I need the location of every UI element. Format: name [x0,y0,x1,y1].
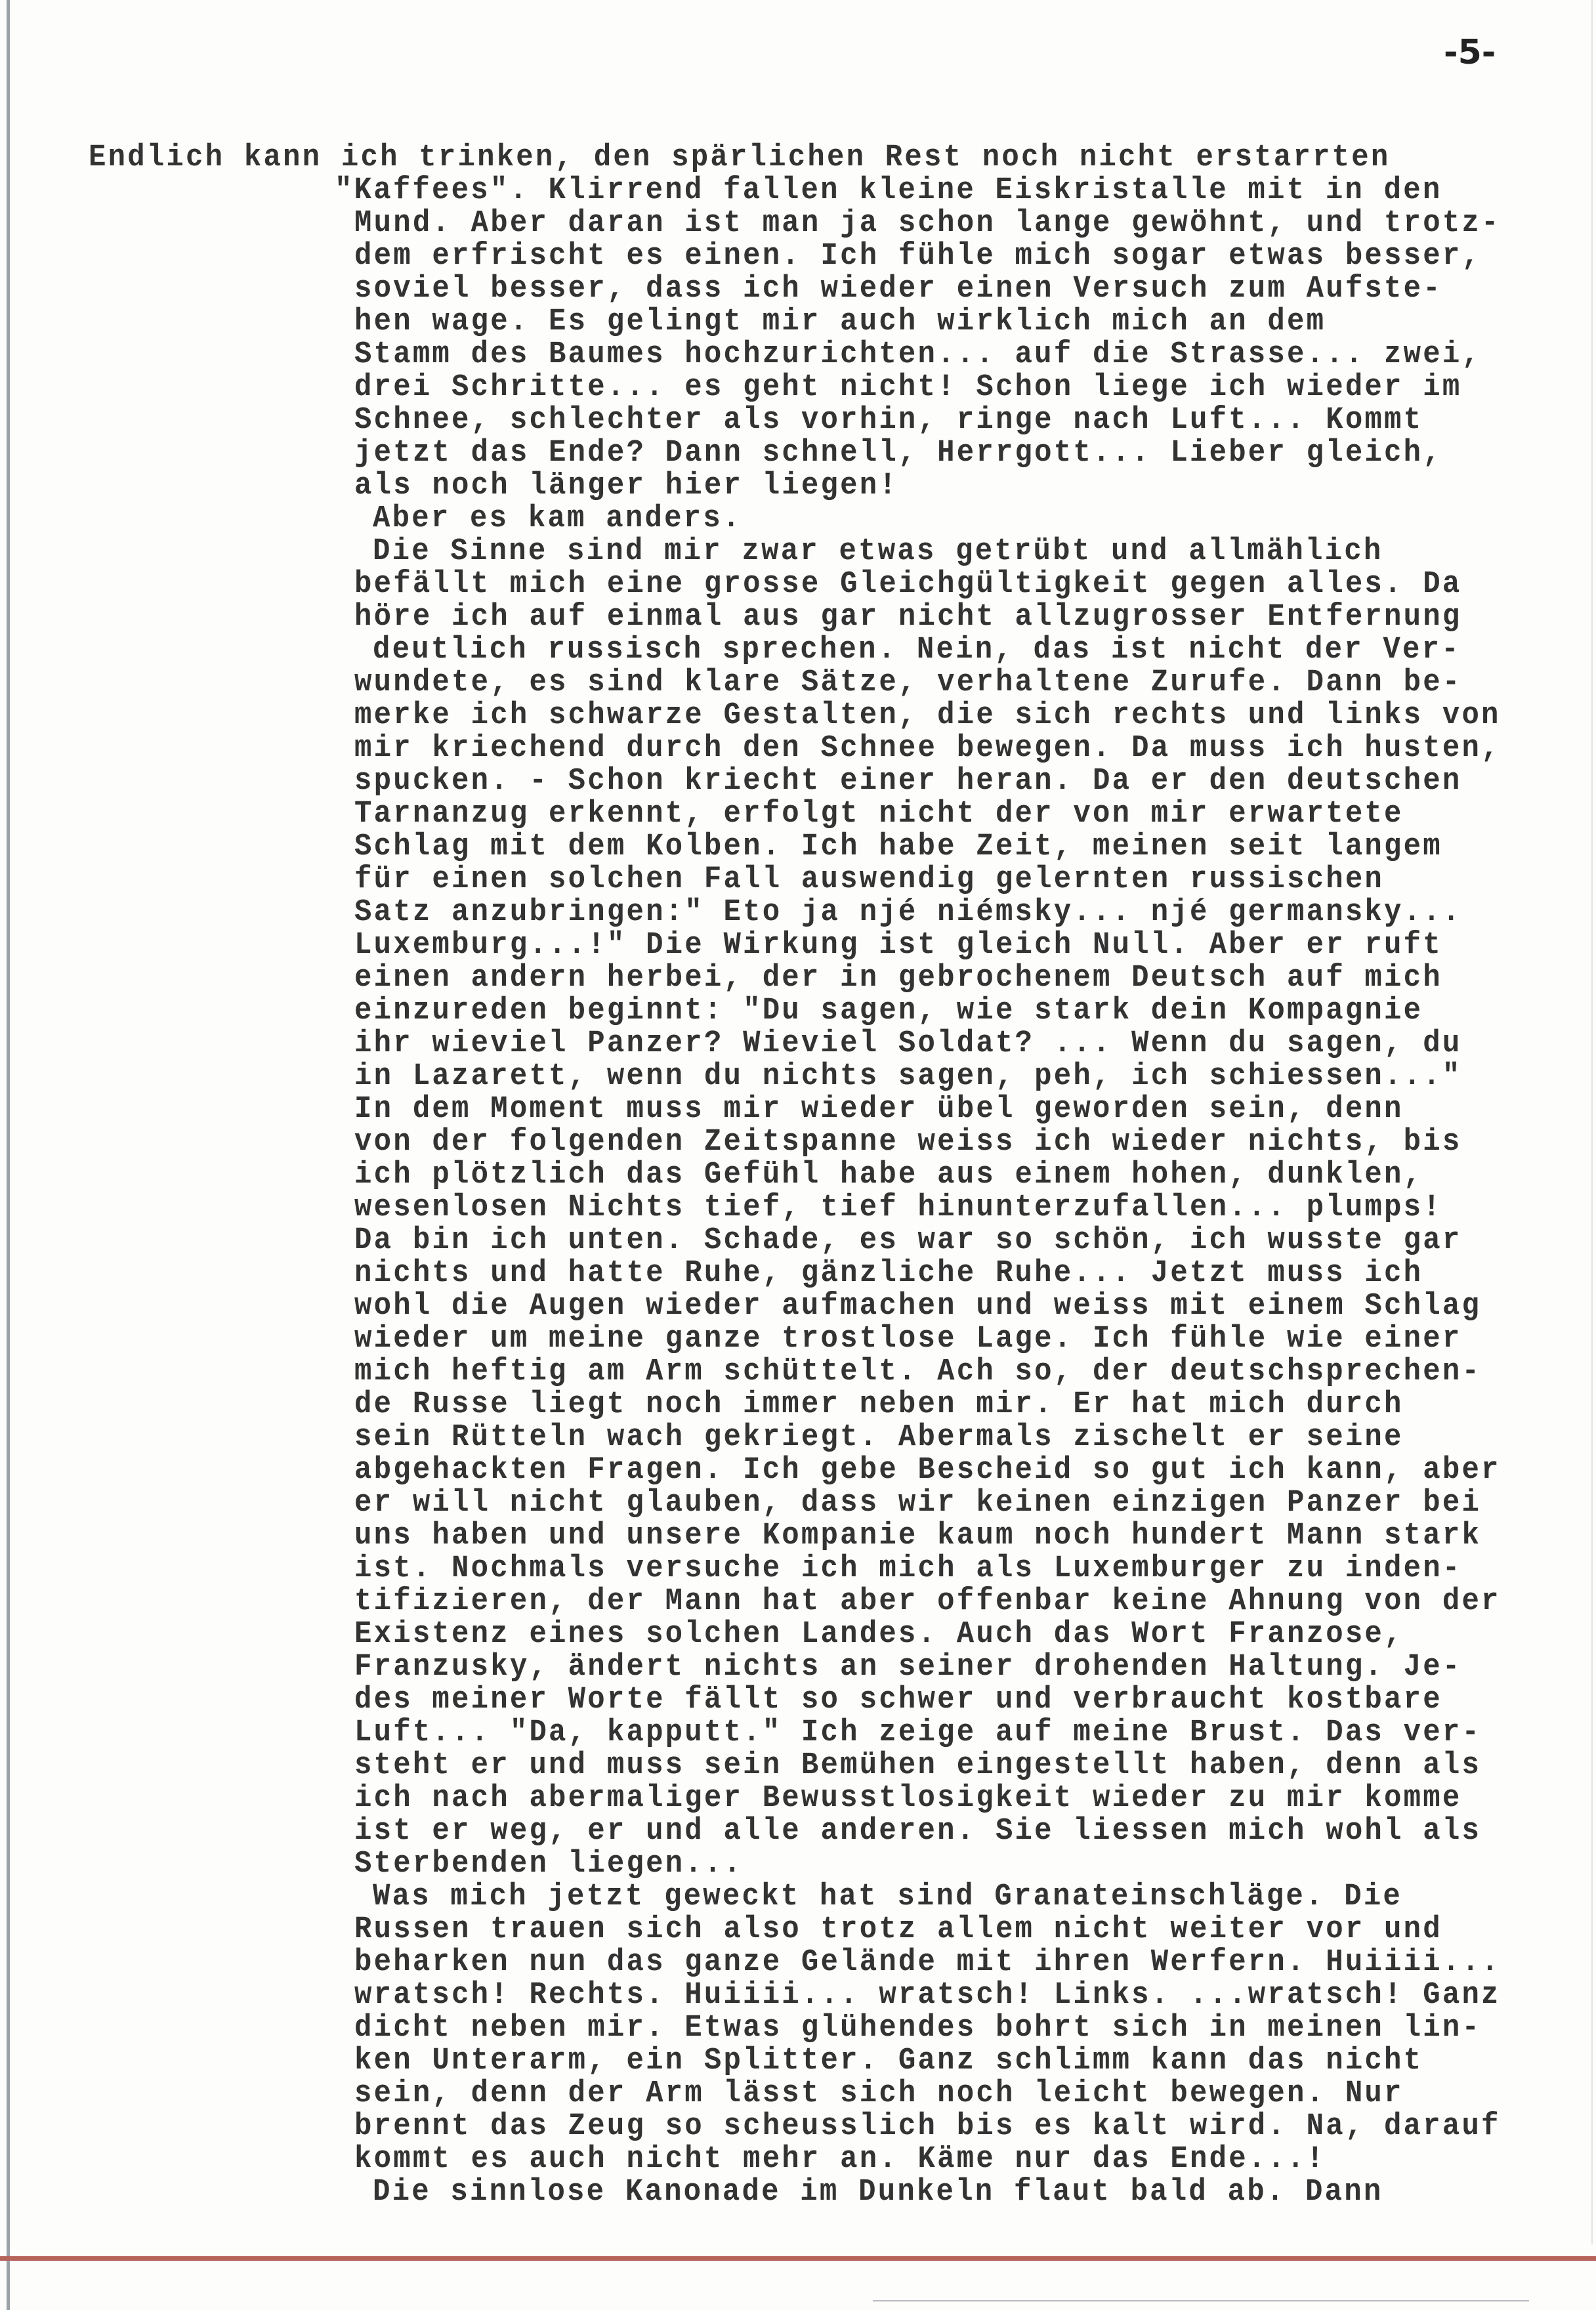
text-line: sein, denn der Arm lässt sich noch leich… [354,2076,1404,2111]
text-line: Sterbenden liegen... [354,1846,743,1881]
text-line: mir kriechend durch den Schnee bewegen. … [354,730,1501,766]
text-line: dem erfrischt es einen. Ich fühle mich s… [354,238,1481,274]
text-line: Luxemburg...!" Die Wirkung ist gleich Nu… [354,927,1442,963]
text-line: Russen trauen sich also trotz allem nich… [354,1912,1442,1947]
text-line: Tarnanzug erkennt, erfolgt nicht der von… [354,796,1404,831]
text-line: ist. Nochmals versuche ich mich als Luxe… [354,1551,1461,1586]
text-line: in Lazarett, wenn du nichts sagen, peh, … [354,1059,1461,1094]
text-line: dicht neben mir. Etwas glühendes bohrt s… [354,2010,1481,2046]
text-line: Was mich jetzt geweckt hat sind Granatei… [373,1879,1402,1914]
text-line: jetzt das Ende? Dann schnell, Herrgott..… [354,435,1442,471]
text-line: kommt es auch nicht mehr an. Käme nur da… [354,2141,1326,2177]
text-line: merke ich schwarze Gestalten, die sich r… [354,698,1501,733]
text-line: drei Schritte... es geht nicht! Schon li… [354,369,1461,405]
text-line: mich heftig am Arm schüttelt. Ach so, de… [354,1354,1481,1389]
text-line: als noch länger hier liegen! [354,468,898,503]
text-line: befällt mich eine grosse Gleichgültigkei… [354,566,1461,602]
text-line: sein Rütteln wach gekriegt. Abermals zis… [354,1419,1404,1455]
text-line: höre ich auf einmal aus gar nicht allzug… [354,599,1461,635]
text-line: Die Sinne sind mir zwar etwas getrübt un… [373,534,1383,569]
text-line: Aber es kam anders. [373,501,742,536]
text-line: ich nach abermaliger Bewusstlosigkeit wi… [354,1780,1461,1816]
text-line: von der folgenden Zeitspanne weiss ich w… [354,1124,1461,1160]
text-line: Existenz eines solchen Landes. Auch das … [354,1616,1404,1652]
text-line: In dem Moment muss mir wieder übel gewor… [354,1091,1404,1127]
text-line: tifizieren, der Mann hat aber offenbar k… [354,1584,1501,1619]
text-line: wesenlosen Nichts tief, tief hinunterzuf… [354,1190,1442,1225]
text-line: brennt das Zeug so scheusslich bis es ka… [354,2109,1501,2144]
page-left-edge [7,0,10,2310]
text-line: Satz anzubringen:" Eto ja njé niémsky...… [354,894,1461,930]
text-line: Schnee, schlechter als vorhin, ringe nac… [354,402,1423,438]
text-line: ken Unterarm, ein Splitter. Ganz schlimm… [354,2043,1423,2078]
red-rule-line [0,2256,1596,2261]
text-line: uns haben und unsere Kompanie kaum noch … [354,1518,1481,1553]
text-line: Schlag mit dem Kolben. Ich habe Zeit, me… [354,829,1442,864]
page-right-edge [1591,0,1593,2244]
text-line: ich plötzlich das Gefühl habe aus einem … [354,1157,1423,1192]
page-number: -5- [1444,33,1496,72]
text-line: ist er weg, er und alle anderen. Sie lie… [354,1813,1481,1849]
page-bottom-edge [873,2300,1529,2301]
text-line: wieder um meine ganze trostlose Lage. Ic… [354,1321,1461,1356]
text-line: abgehackten Fragen. Ich gebe Bescheid so… [354,1452,1501,1488]
text-line: "Kaffees". Klirrend fallen kleine Eiskri… [335,173,1442,208]
text-line: Endlich kann ich trinken, den spärlichen… [89,140,1391,175]
text-line: Mund. Aber daran ist man ja schon lange … [354,205,1501,241]
text-line: wundete, es sind klare Sätze, verhaltene… [354,665,1461,700]
text-line: Stamm des Baumes hochzurichten... auf di… [354,337,1481,372]
text-line: soviel besser, dass ich wieder einen Ver… [354,271,1442,306]
text-line: deutlich russisch sprechen. Nein, das is… [373,632,1461,667]
text-line: des meiner Worte fällt so schwer und ver… [354,1682,1442,1717]
text-line: Luft... "Da, kapputt." Ich zeige auf mei… [354,1715,1481,1750]
text-line: er will nicht glauben, dass wir keinen e… [354,1485,1481,1521]
text-line: beharken nun das ganze Gelände mit ihren… [354,1944,1501,1980]
text-line: einzureden beginnt: "Du sagen, wie stark… [354,993,1423,1028]
text-line: Da bin ich unten. Schade, es war so schö… [354,1223,1461,1258]
text-line: Franzusky, ändert nichts an seiner drohe… [354,1649,1461,1685]
text-line: wohl die Augen wieder aufmachen und weis… [354,1288,1481,1324]
text-line: ihr wieviel Panzer? Wieviel Soldat? ... … [354,1026,1461,1061]
text-line: Die sinnlose Kanonade im Dunkeln flaut b… [373,2174,1383,2210]
text-line: nichts und hatte Ruhe, gänzliche Ruhe...… [354,1255,1423,1291]
text-line: hen wage. Es gelingt mir auch wirklich m… [354,304,1326,339]
text-line: einen andern herbei, der in gebrochenem … [354,960,1442,996]
text-line: steht er und muss sein Bemühen eingestel… [354,1748,1481,1783]
text-line: wratsch! Rechts. Huiiii... wratsch! Link… [354,1977,1501,2013]
text-line: spucken. - Schon kriecht einer heran. Da… [354,763,1461,799]
text-line: für einen solchen Fall auswendig gelernt… [354,862,1384,897]
text-line: de Russe liegt noch immer neben mir. Er … [354,1387,1404,1422]
